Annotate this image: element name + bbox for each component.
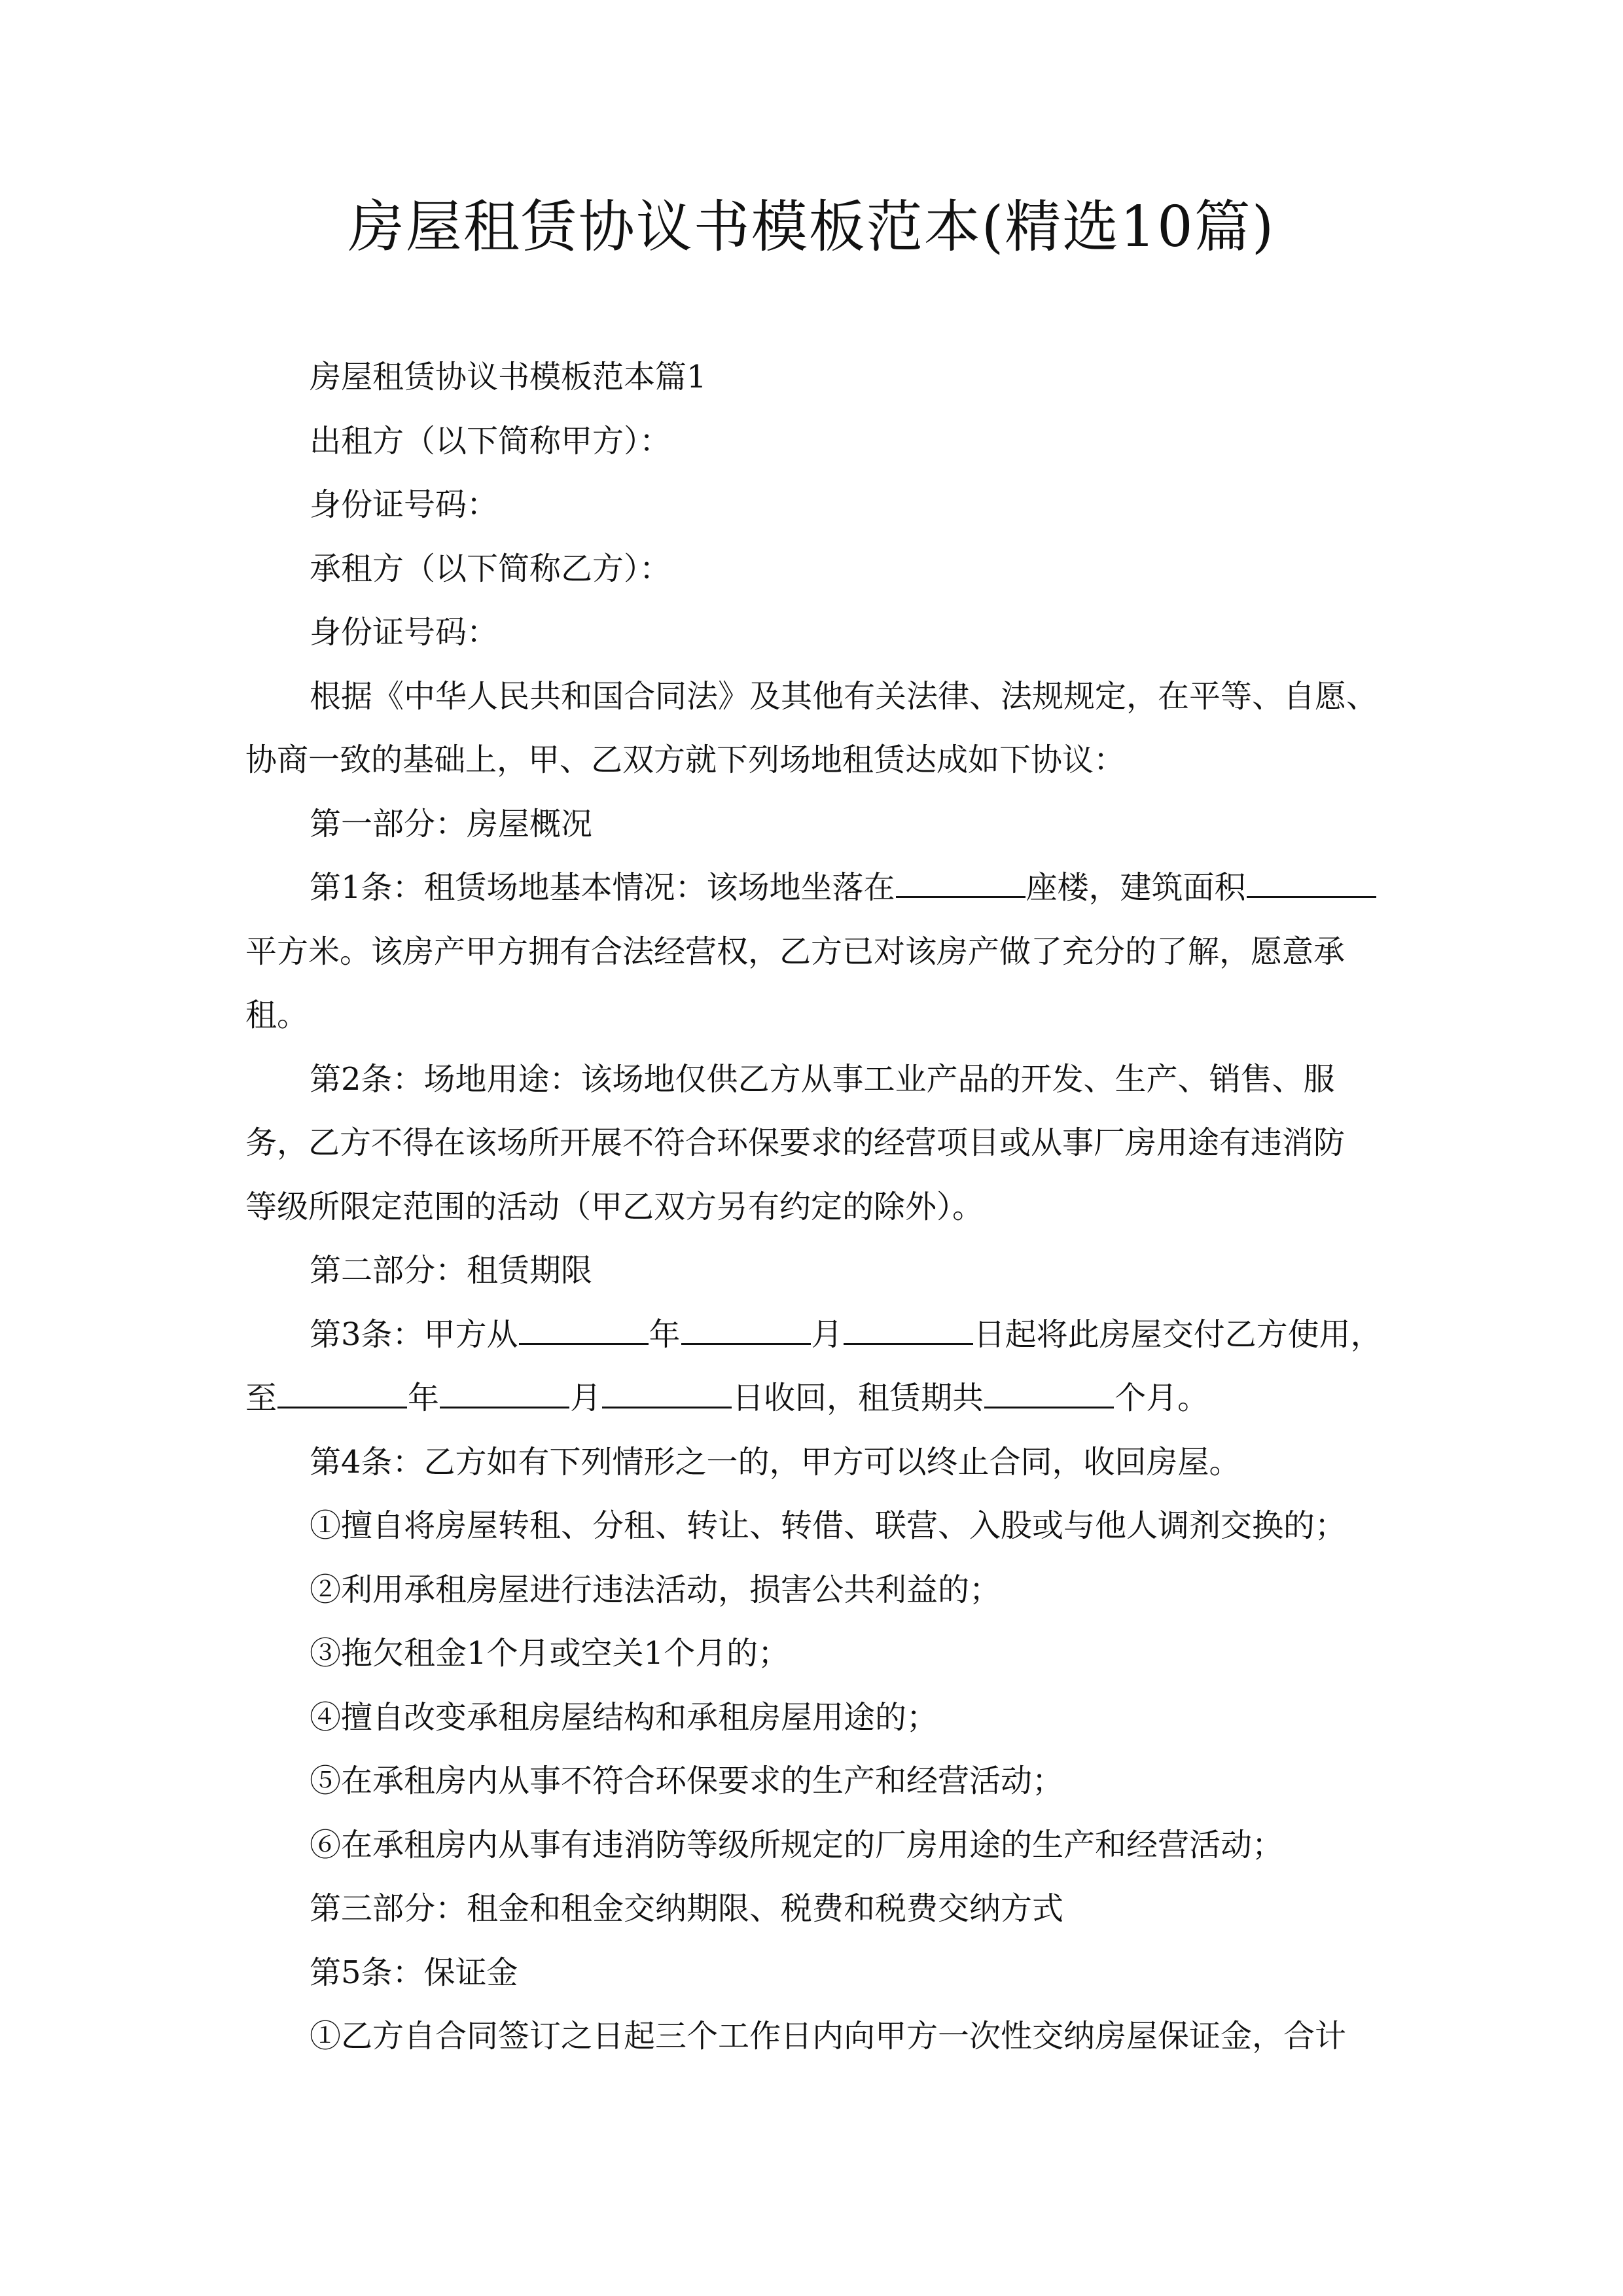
article3-to-label: 至 — [245, 1380, 277, 1416]
lessor-line: 出租方（以下简称甲方）： — [245, 410, 1384, 474]
article5-item-1: ①乙方自合同签订之日起三个工作日内向甲方一次性交纳房屋保证金，合计 — [245, 2005, 1384, 2069]
section-heading: 房屋租赁协议书模板范本篇1 — [245, 346, 1384, 410]
preamble-line-2: 协商一致的基础上，甲、乙双方就下列场地租赁达成如下协议： — [245, 728, 1384, 793]
area-blank[interactable] — [1247, 867, 1376, 898]
article2-line-3: 等级所限定范围的活动（甲乙双方另有约定的除外）。 — [245, 1175, 1384, 1240]
start-month-blank[interactable] — [681, 1314, 811, 1345]
end-year-blank[interactable] — [277, 1378, 407, 1408]
article3-text-a: 第3条：甲方从 — [310, 1316, 518, 1353]
document-page: 房屋租赁协议书模板范本(精选10篇) 房屋租赁协议书模板范本篇1 出租方（以下简… — [0, 0, 1623, 2296]
lessee-id-line: 身份证号码： — [245, 601, 1384, 665]
lessee-line: 承租方（以下简称乙方）： — [245, 537, 1384, 601]
start-year-blank[interactable] — [519, 1314, 649, 1345]
document-title: 房屋租赁协议书模板范本(精选10篇) — [0, 191, 1623, 263]
article3-end-year-label: 年 — [408, 1380, 439, 1416]
article4-item-6: ⑥在承租房内从事有违消防等级所规定的厂房用途的生产和经营活动； — [245, 1814, 1384, 1878]
article4-item-1: ①擅自将房屋转租、分租、转让、转借、联营、入股或与他人调剂交换的； — [245, 1494, 1384, 1558]
article4-heading: 第4条：乙方如有下列情形之一的，甲方可以终止合同，收回房屋。 — [245, 1431, 1384, 1495]
article3-line-2: 至年月日收回，租赁期共个月。 — [245, 1367, 1384, 1431]
article1-line-3: 租。 — [245, 984, 1384, 1048]
article2-line-1: 第2条：场地用途：该场地仅供乙方从事工业产品的开发、生产、销售、服 — [245, 1048, 1384, 1112]
term-months-blank[interactable] — [984, 1378, 1114, 1408]
lessor-id-line: 身份证号码： — [245, 473, 1384, 537]
article3-end-month-label: 月 — [570, 1380, 601, 1416]
start-day-blank[interactable] — [844, 1314, 973, 1345]
article1-text-b: 座楼，建筑面积 — [1026, 869, 1246, 906]
article3-year-label: 年 — [649, 1316, 681, 1353]
article4-item-2: ②利用承租房屋进行违法活动，损害公共利益的； — [245, 1558, 1384, 1623]
article3-month-label: 月 — [811, 1316, 843, 1353]
end-day-blank[interactable] — [602, 1378, 732, 1408]
article1-text-a: 第1条：租赁场地基本情况：该场地坐落在 — [310, 869, 895, 906]
article5-heading: 第5条：保证金 — [245, 1941, 1384, 2005]
article4-item-3: ③拖欠租金1个月或空关1个月的； — [245, 1622, 1384, 1686]
part2-heading: 第二部分：租赁期限 — [245, 1239, 1384, 1303]
preamble-line-1: 根据《中华人民共和国合同法》及其他有关法律、法规规定，在平等、自愿、 — [245, 665, 1384, 729]
article4-item-4: ④擅自改变承租房屋结构和承租房屋用途的； — [245, 1686, 1384, 1750]
article2-line-2: 务，乙方不得在该场所开展不符合环保要求的经营项目或从事厂房用途有违消防 — [245, 1111, 1384, 1175]
document-body: 房屋租赁协议书模板范本篇1 出租方（以下简称甲方）： 身份证号码： 承租方（以下… — [245, 346, 1384, 2069]
article3-months-label: 个月。 — [1115, 1380, 1209, 1416]
article3-term-label: 日收回，租赁期共 — [732, 1380, 984, 1416]
location-blank[interactable] — [896, 867, 1026, 898]
part1-heading: 第一部分：房屋概况 — [245, 793, 1384, 857]
part3-heading: 第三部分：租金和租金交纳期限、税费和税费交纳方式 — [245, 1877, 1384, 1941]
end-month-blank[interactable] — [440, 1378, 569, 1408]
article3-line-1: 第3条：甲方从年月日起将此房屋交付乙方使用， — [245, 1303, 1384, 1367]
article1-line-2: 平方米。该房产甲方拥有合法经营权，乙方已对该房产做了充分的了解，愿意承 — [245, 920, 1384, 984]
article1-line-1: 第1条：租赁场地基本情况：该场地坐落在座楼，建筑面积 — [245, 856, 1384, 920]
article4-item-5: ⑤在承租房内从事不符合环保要求的生产和经营活动； — [245, 1749, 1384, 1814]
article3-text-b: 日起将此房屋交付乙方使用， — [974, 1316, 1382, 1353]
